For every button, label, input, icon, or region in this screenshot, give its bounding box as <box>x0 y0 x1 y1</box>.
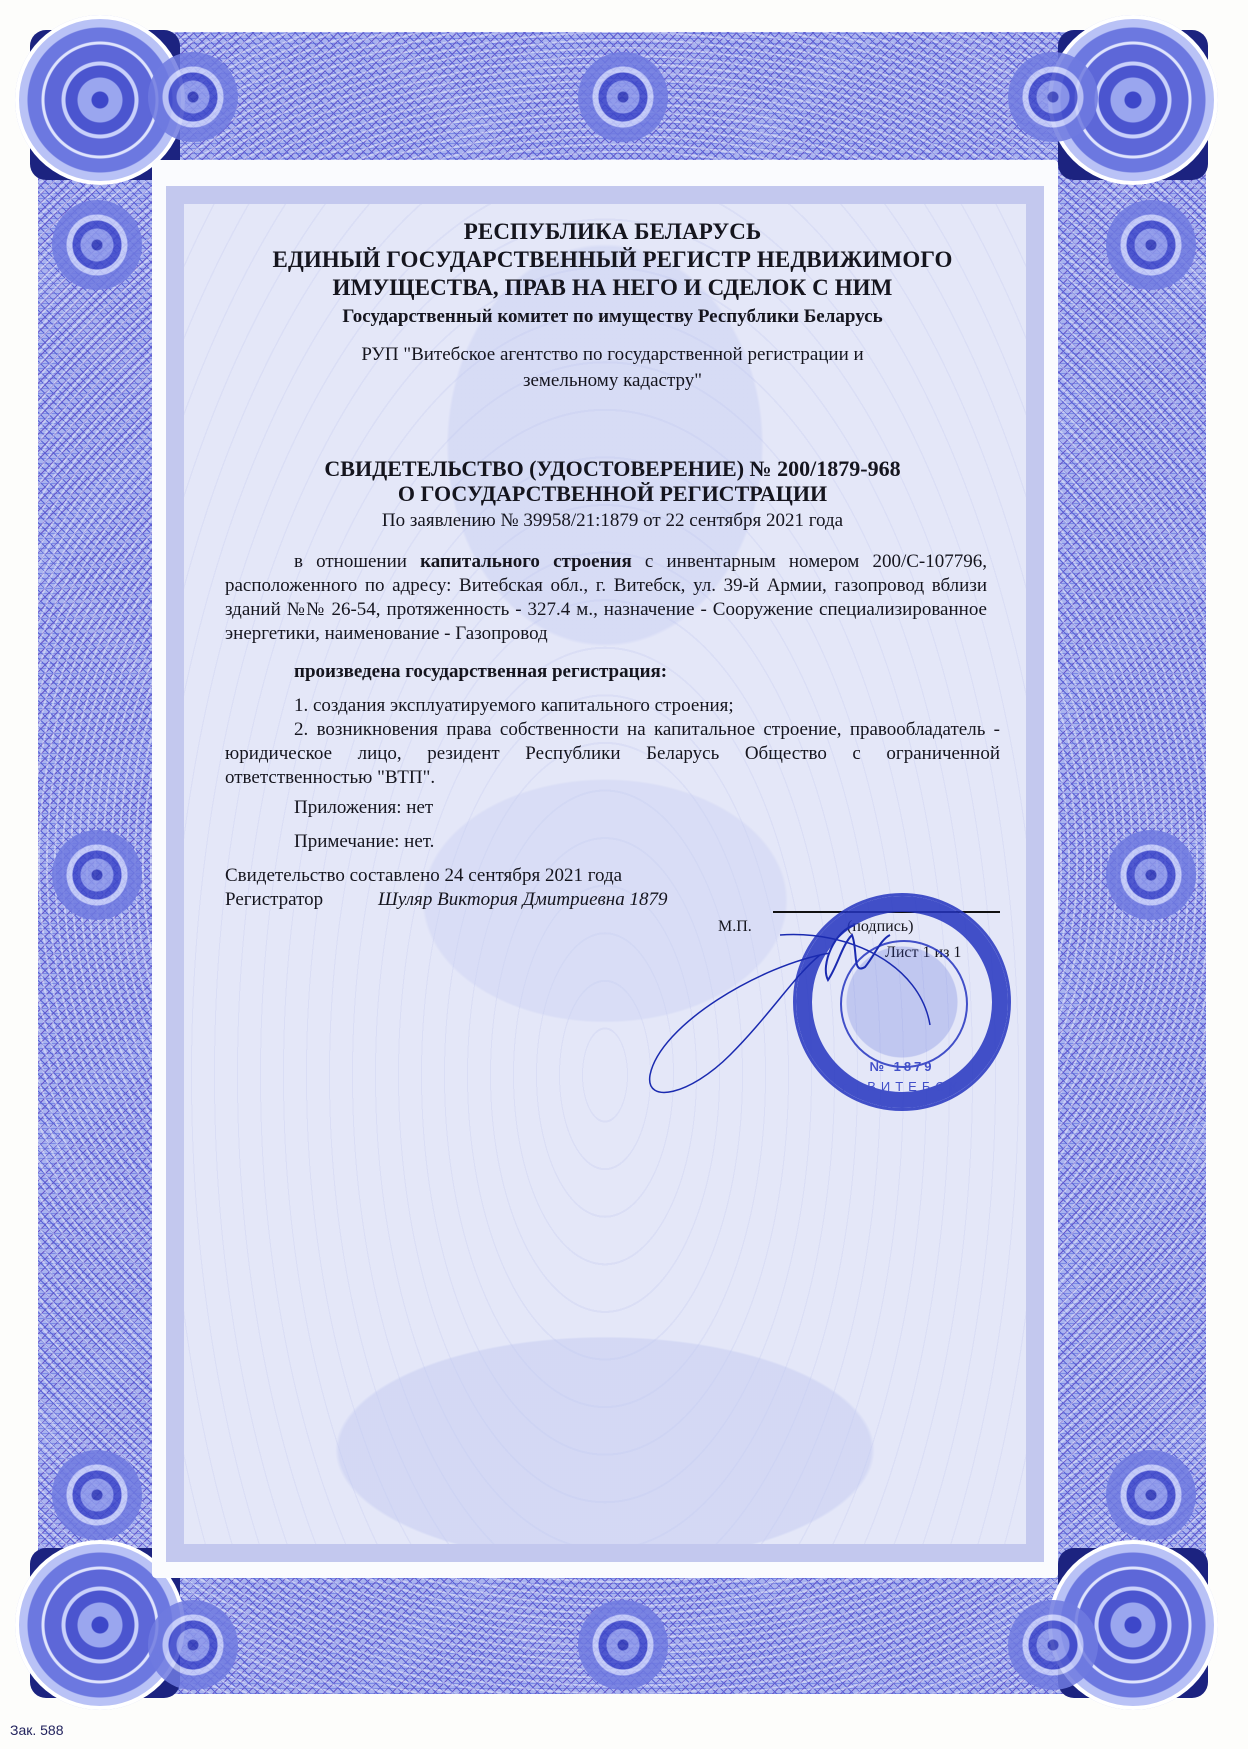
registrar-label: Регистратор <box>225 889 323 910</box>
issue-date: Свидетельство составлено 24 сентября 202… <box>225 864 1000 888</box>
print-order-number: Зак. 588 <box>10 1722 64 1738</box>
border-rosette <box>1106 1450 1196 1540</box>
border-rosette <box>1008 1600 1098 1690</box>
border-rosette <box>1008 52 1098 142</box>
document-content: РЕСПУБЛИКА БЕЛАРУСЬ ЕДИНЫЙ ГОСУДАРСТВЕНН… <box>225 218 1000 972</box>
registry-heading-line2: ИМУЩЕСТВА, ПРАВ НА НЕГО И СДЕЛОК С НИМ <box>225 274 1000 302</box>
border-rosette <box>578 1600 668 1690</box>
certificate-title: О ГОСУДАРСТВЕННОЙ РЕГИСТРАЦИИ <box>225 481 1000 506</box>
country-heading: РЕСПУБЛИКА БЕЛАРУСЬ <box>225 218 1000 246</box>
border-rosette <box>578 52 668 142</box>
registry-heading-line1: ЕДИНЫЙ ГОСУДАРСТВЕННЫЙ РЕГИСТР НЕДВИЖИМО… <box>225 246 1000 274</box>
border-rosette <box>1106 200 1196 290</box>
attachments: Приложения: нет <box>225 796 1000 820</box>
agency-name-line1: РУП "Витебское агентство по государствен… <box>225 342 1000 368</box>
border-rosette <box>52 830 142 920</box>
note: Примечание: нет. <box>225 830 1000 854</box>
object-prefix: в отношении <box>294 551 420 572</box>
border-rosette <box>148 1600 238 1690</box>
object-description: в отношении капитального строения с инве… <box>225 550 987 646</box>
certificate-number: СВИДЕТЕЛЬСТВО (УДОСТОВЕРЕНИЕ) № 200/1879… <box>225 456 1000 481</box>
border-rosette <box>52 200 142 290</box>
registration-item: 2. возникновения права собственности на … <box>225 718 1000 790</box>
registration-item: 1. создания эксплуатируемого капитальног… <box>225 694 1000 718</box>
border-rosette <box>52 1450 142 1540</box>
handwritten-signature <box>620 905 940 1105</box>
application-reference: По заявлению № 39958/21:1879 от 22 сентя… <box>225 508 1000 533</box>
border-rosette <box>1106 830 1196 920</box>
committee-heading: Государственный комитет по имуществу Рес… <box>225 304 1000 330</box>
registration-heading: произведена государственная регистрация: <box>225 660 1000 684</box>
object-type: капитального строения <box>420 551 632 572</box>
agency-name-line2: земельному кадастру" <box>225 368 1000 394</box>
border-rosette <box>148 52 238 142</box>
